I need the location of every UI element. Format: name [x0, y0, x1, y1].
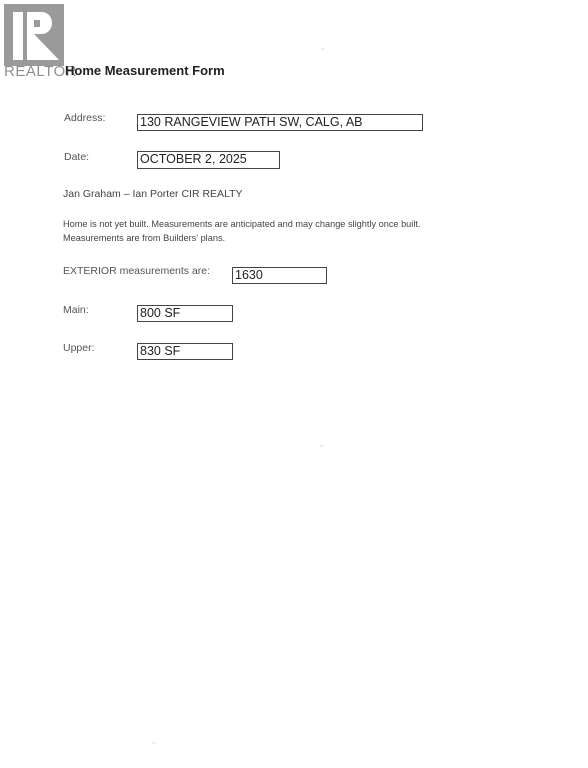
upper-field: 830 SF	[137, 343, 233, 360]
upper-label: Upper:	[63, 342, 95, 355]
note-line-1: Home is not yet built. Measurements are …	[63, 218, 420, 230]
main-label: Main:	[63, 304, 89, 317]
scan-speck	[320, 445, 324, 447]
scan-speck	[152, 742, 156, 744]
scan-speck	[321, 48, 325, 50]
date-field: OCTOBER 2, 2025	[137, 151, 280, 169]
main-field: 800 SF	[137, 305, 233, 322]
realtor-r-icon	[4, 4, 64, 66]
date-label: Date:	[64, 151, 89, 164]
page-title: Home Measurement Form	[65, 63, 225, 79]
exterior-field: 1630	[232, 267, 327, 284]
address-field: 130 RANGEVIEW PATH SW, CALG, AB	[137, 114, 423, 131]
address-label: Address:	[64, 112, 105, 125]
exterior-label: EXTERIOR measurements are:	[63, 265, 210, 278]
note-line-2: Measurements are from Builders' plans.	[63, 232, 225, 244]
agents-line: Jan Graham – Ian Porter CIR REALTY	[63, 188, 243, 200]
